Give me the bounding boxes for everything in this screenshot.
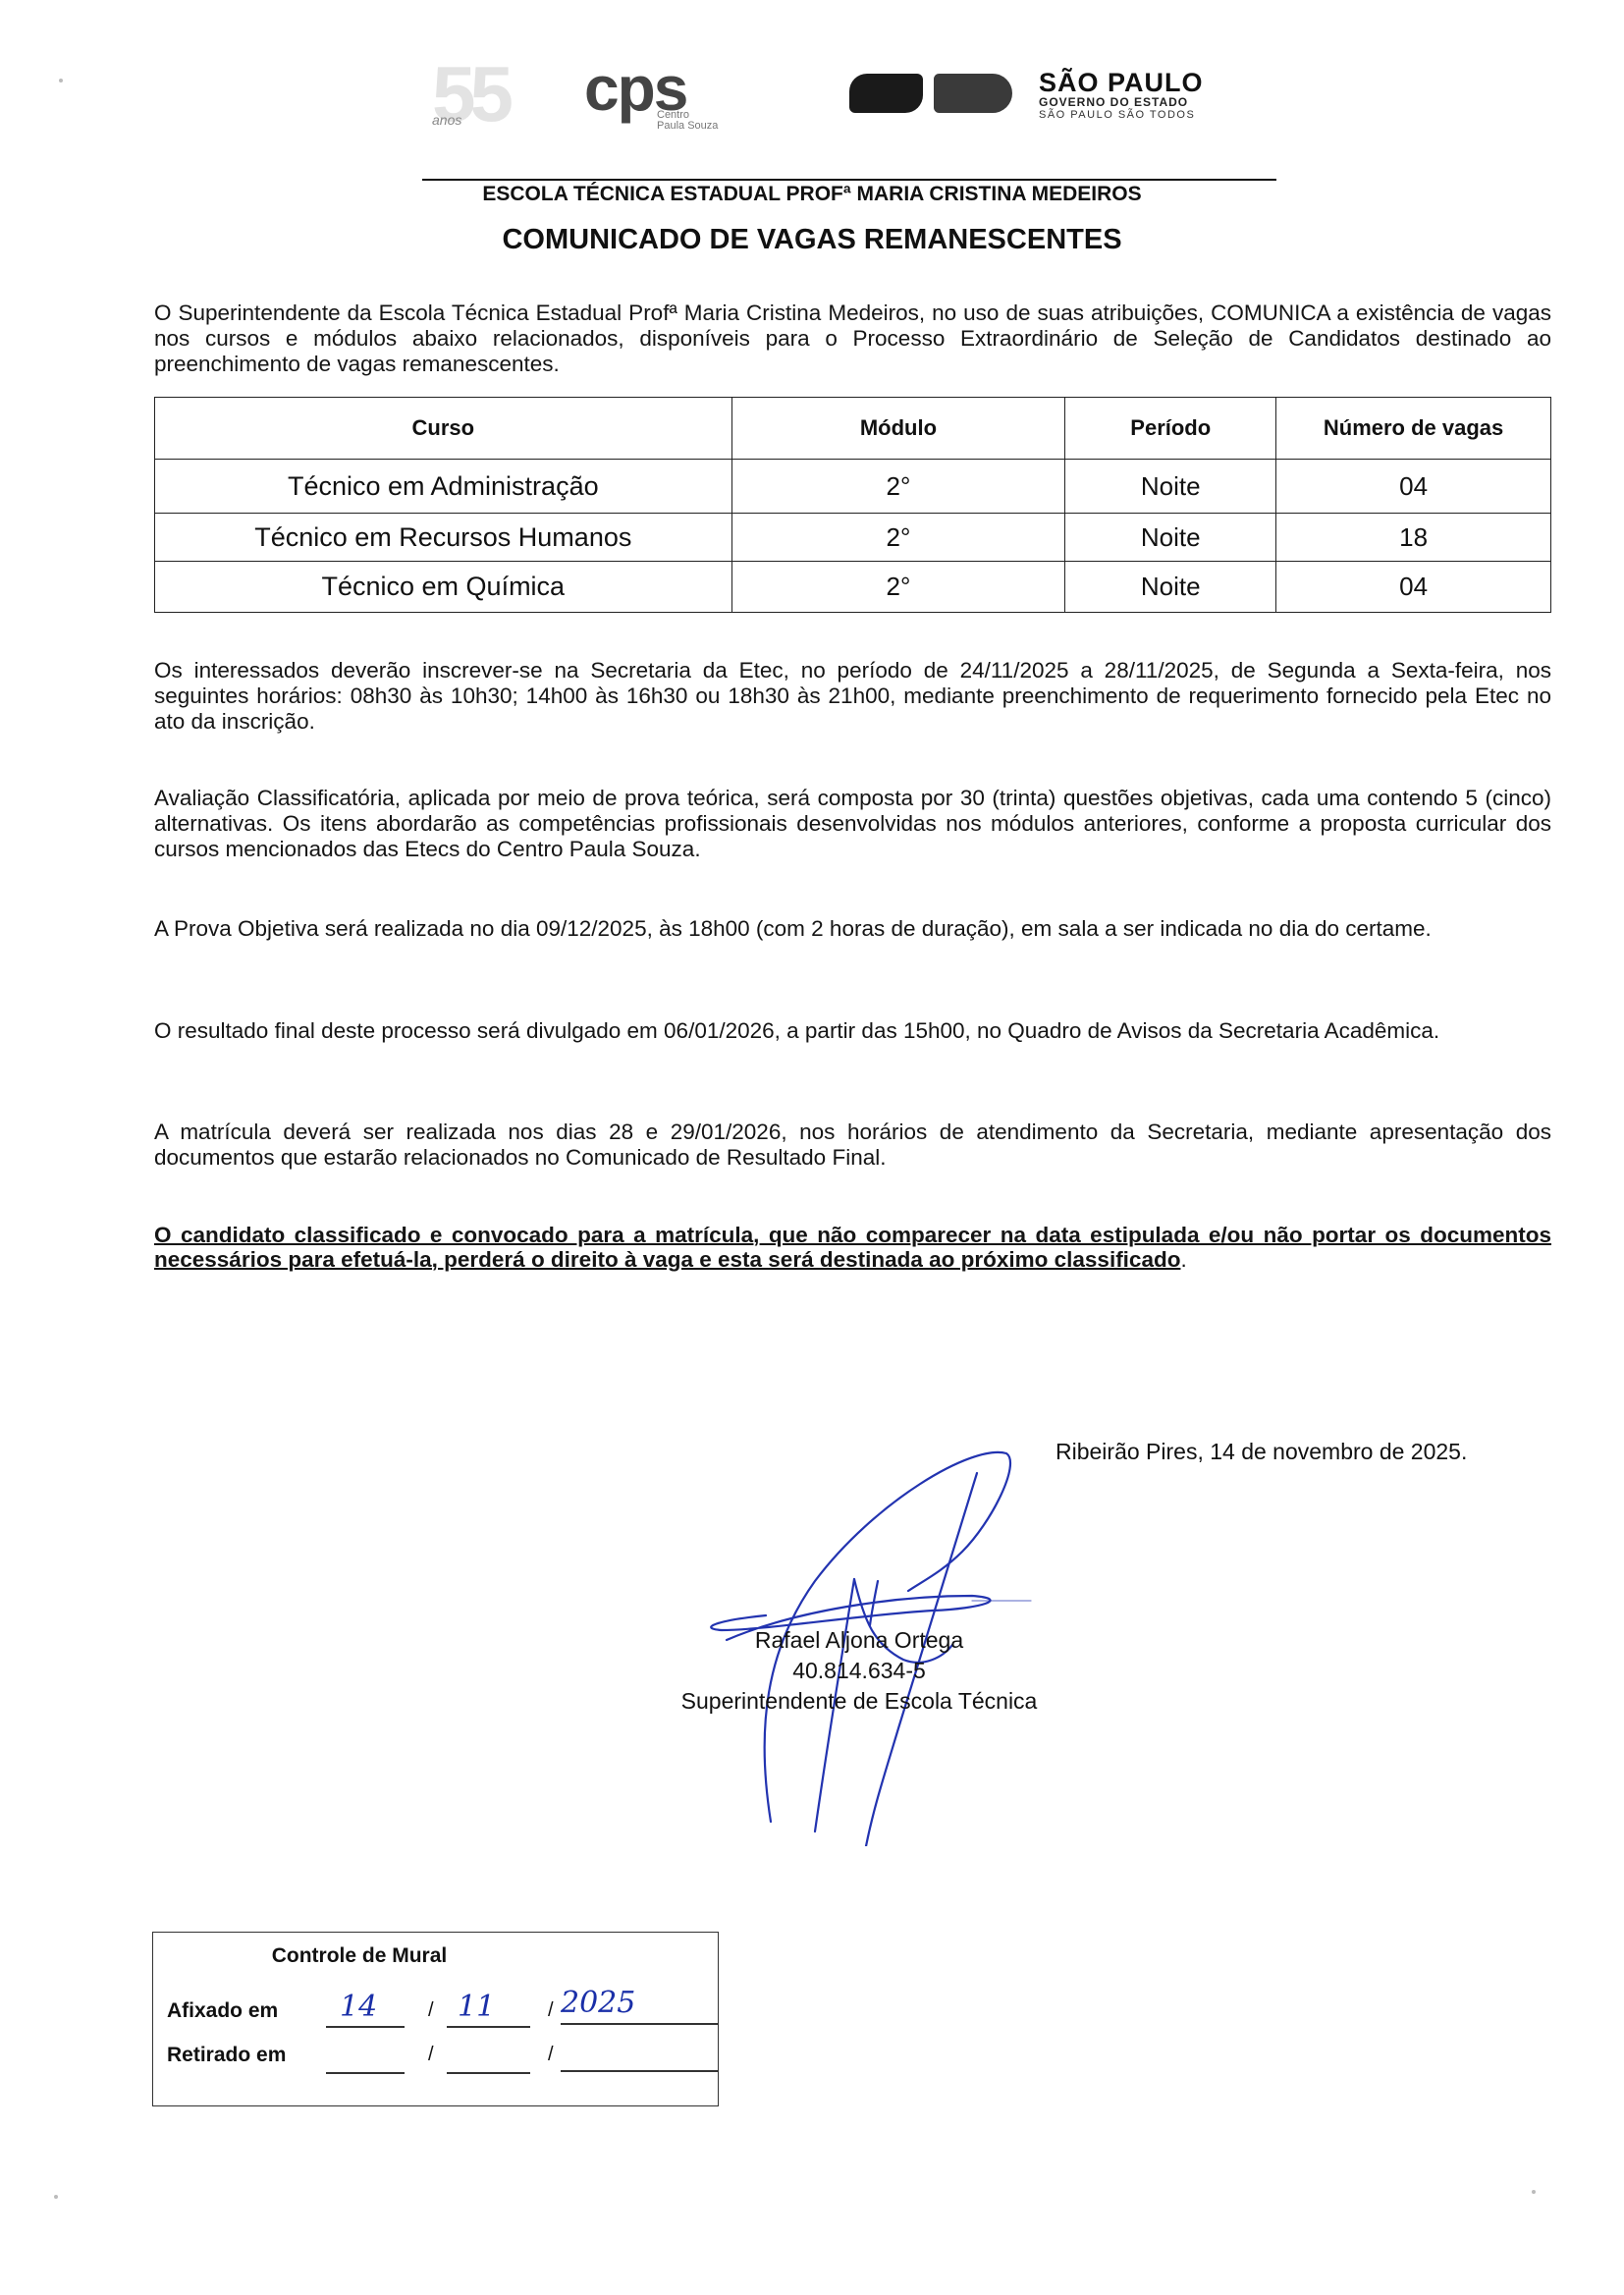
header-vagas: Número de vagas	[1276, 398, 1551, 460]
resultado-paragraph: O resultado final deste processo será di…	[154, 1018, 1551, 1044]
cps-anniversary-logo: 55 anos	[432, 61, 550, 128]
vacancies-table: Curso Módulo Período Número de vagas Téc…	[154, 397, 1551, 613]
cps-name: Centro Paula Souza	[657, 110, 718, 132]
matricula-paragraph: A matrícula deverá ser realizada nos dia…	[154, 1120, 1551, 1171]
cell-curso: Técnico em Administração	[155, 460, 732, 514]
prova-paragraph: A Prova Objetiva será realizada no dia 0…	[154, 916, 1551, 942]
signatory-name: Rafael Aljona Ortega	[628, 1625, 1090, 1656]
place-date: Ribeirão Pires, 14 de novembro de 2025.	[1056, 1439, 1467, 1465]
mural-title: Controle de Mural	[153, 1944, 566, 1968]
signatory-id: 40.814.634-5	[628, 1656, 1090, 1686]
intro-paragraph: O Superintendente da Escola Técnica Esta…	[154, 301, 1551, 377]
cps-logo: cps Centro Paula Souza	[584, 61, 781, 128]
retirado-year-line	[561, 2070, 718, 2072]
header-divider	[422, 179, 1276, 181]
cell-periodo: Noite	[1065, 562, 1276, 613]
scan-speck	[59, 79, 63, 82]
afixado-year-line	[561, 2023, 718, 2025]
inscricao-paragraph: Os interessados deverão inscrever-se na …	[154, 658, 1551, 735]
retirado-label: Retirado em	[167, 2044, 286, 2067]
cps-mark: cps	[584, 61, 781, 116]
anniversary-label: anos	[432, 112, 461, 128]
afixado-day[interactable]: 14	[340, 1990, 377, 2024]
scan-speck	[1532, 2190, 1536, 2194]
cell-periodo: Noite	[1065, 460, 1276, 514]
sp-slogan: SÃO PAULO SÃO TODOS	[1039, 109, 1204, 121]
cell-vagas: 04	[1276, 460, 1551, 514]
scan-speck	[54, 2195, 58, 2199]
mural-control-box: Controle de Mural Afixado em 14 / 11 / 2…	[152, 1932, 719, 2106]
warning-text: O candidato classificado e convocado par…	[154, 1223, 1551, 1272]
date-separator: /	[428, 1999, 434, 2022]
date-separator: /	[548, 2044, 554, 2066]
cell-vagas: 04	[1276, 562, 1551, 613]
cell-curso: Técnico em Química	[155, 562, 732, 613]
date-separator: /	[548, 1999, 554, 2022]
avaliacao-paragraph: Avaliação Classificatória, aplicada por …	[154, 786, 1551, 862]
sp-title: SÃO PAULO	[1039, 69, 1204, 96]
sp-government-logo: SÃO PAULO GOVERNO DO ESTADO SÃO PAULO SÃ…	[1039, 69, 1204, 121]
table-header-row: Curso Módulo Período Número de vagas	[155, 398, 1551, 460]
afixado-year[interactable]: 2025	[561, 1986, 635, 2020]
sp-emblem-p	[934, 74, 1012, 113]
table-row: Técnico em Química 2° Noite 04	[155, 562, 1551, 613]
header-curso: Curso	[155, 398, 732, 460]
cell-modulo: 2°	[731, 460, 1065, 514]
warning-period: .	[1180, 1247, 1186, 1272]
retirado-day-line	[326, 2072, 405, 2074]
header-modulo: Módulo	[731, 398, 1065, 460]
cell-modulo: 2°	[731, 514, 1065, 562]
school-name: ESCOLA TÉCNICA ESTADUAL PROFª MARIA CRIS…	[0, 183, 1624, 206]
afixado-day-line	[326, 2026, 405, 2028]
signatory-block: Rafael Aljona Ortega 40.814.634-5 Superi…	[628, 1625, 1090, 1717]
cell-curso: Técnico em Recursos Humanos	[155, 514, 732, 562]
date-separator: /	[428, 2044, 434, 2066]
afixado-month-line	[447, 2026, 530, 2028]
sp-subtitle: GOVERNO DO ESTADO	[1039, 96, 1204, 109]
document-title: COMUNICADO DE VAGAS REMANESCENTES	[0, 224, 1624, 256]
header-periodo: Período	[1065, 398, 1276, 460]
sp-emblem-icon	[849, 74, 1036, 113]
afixado-month[interactable]: 11	[458, 1990, 495, 2024]
cell-vagas: 18	[1276, 514, 1551, 562]
sp-emblem-s	[849, 74, 923, 113]
afixado-label: Afixado em	[167, 1999, 278, 2023]
cell-modulo: 2°	[731, 562, 1065, 613]
warning-paragraph: O candidato classificado e convocado par…	[154, 1223, 1551, 1272]
signatory-role: Superintendente de Escola Técnica	[628, 1686, 1090, 1717]
table-row: Técnico em Recursos Humanos 2° Noite 18	[155, 514, 1551, 562]
cell-periodo: Noite	[1065, 514, 1276, 562]
cps-name-line2: Paula Souza	[657, 121, 718, 132]
retirado-month-line	[447, 2072, 530, 2074]
table-row: Técnico em Administração 2° Noite 04	[155, 460, 1551, 514]
